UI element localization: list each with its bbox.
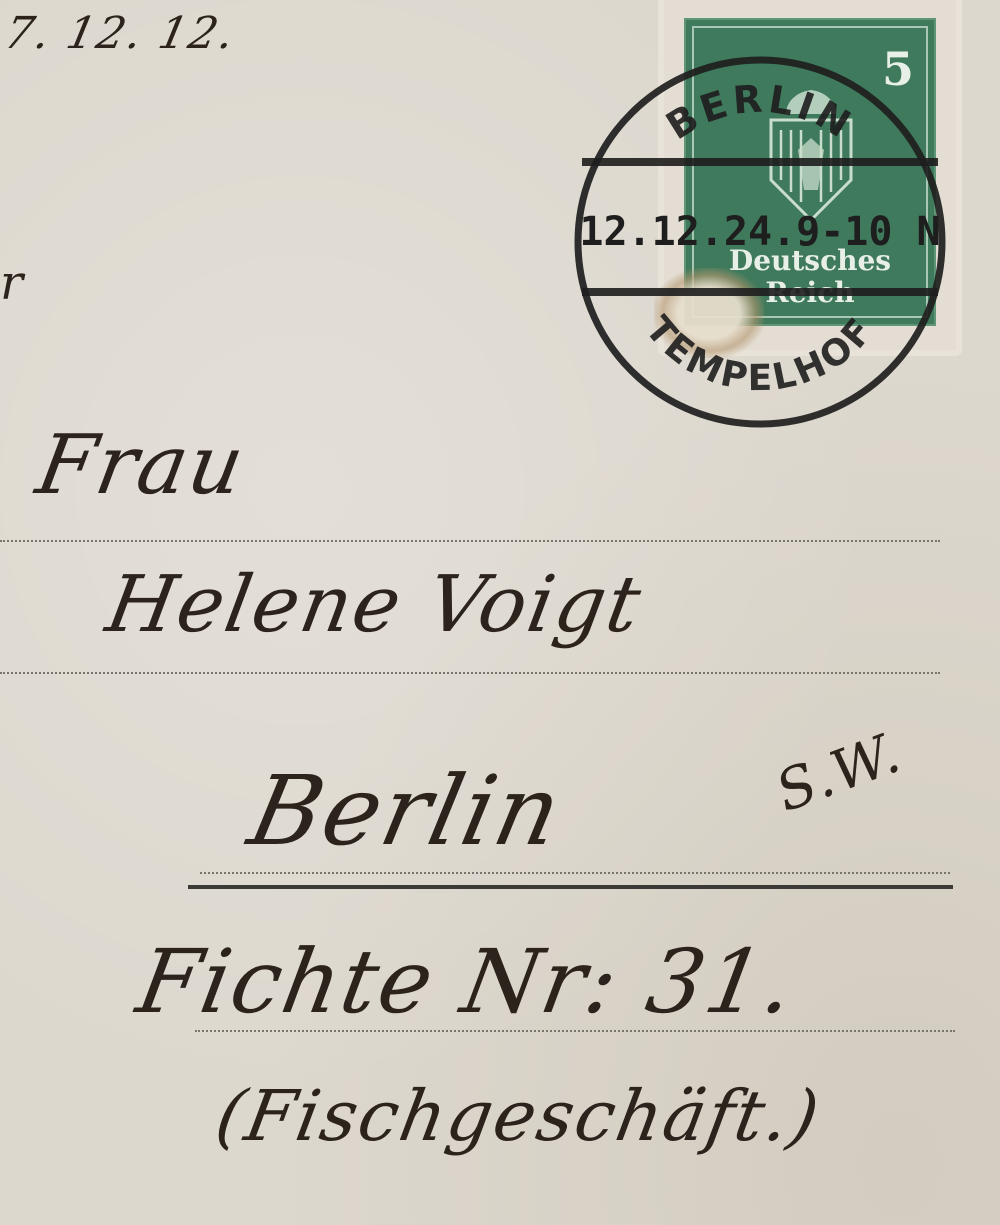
recipient-street: Fichte Nr: 31. bbox=[130, 930, 803, 1033]
date-note: 7. 12. 12. bbox=[0, 8, 241, 59]
stamp-value: 5 bbox=[882, 42, 914, 96]
address-line-4 bbox=[195, 1030, 955, 1032]
recipient-district: S.W. bbox=[768, 720, 910, 825]
recipient-note: (Fischgeschäft.) bbox=[210, 1075, 827, 1157]
postcard-front: 7. 12. 12. r 5 Deutsches bbox=[0, 0, 1000, 1225]
address-line-3 bbox=[200, 872, 950, 874]
postage-stamp: 5 Deutsches Reich bbox=[664, 0, 956, 350]
eagle-icon bbox=[756, 80, 866, 230]
address-line-1 bbox=[0, 540, 940, 542]
recipient-city: Berlin bbox=[240, 755, 572, 867]
address-line-2 bbox=[0, 672, 940, 674]
left-margin-mark: r bbox=[0, 255, 25, 311]
recipient-name: Helene Voigt bbox=[100, 560, 649, 650]
salutation: Frau bbox=[30, 418, 253, 513]
city-underline bbox=[188, 885, 953, 889]
